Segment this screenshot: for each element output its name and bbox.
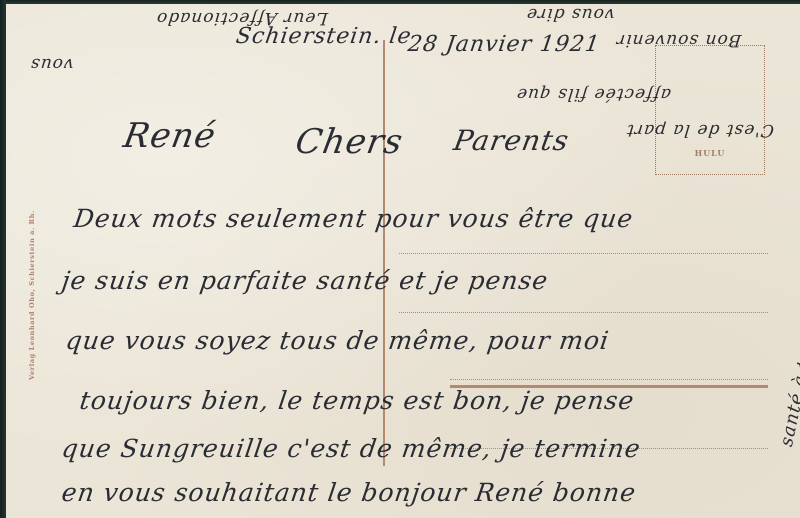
upside-down-text-top-right-1: vous dire: [525, 4, 616, 24]
handwritten-date: 28 Janvier 1921: [406, 32, 602, 57]
body-line-4: toujours bien, le temps est bon, je pens…: [78, 386, 636, 415]
address-line-1: [399, 253, 768, 254]
publisher-imprint: Verlag Leonhard Oho, Schierstein a. Rh.: [28, 210, 36, 380]
body-line-6: en vous souhaitant le bonjour René bonne: [60, 478, 638, 507]
margin-vertical-text: santé à tous: [776, 324, 800, 448]
stamp-box: HULU: [655, 45, 765, 175]
address-line-3: [450, 379, 768, 380]
upside-down-text-top-left-2: vous: [29, 54, 75, 74]
handwritten-parents: Parents: [451, 124, 572, 157]
body-line-5: que Sungreuille c'est de même, je termin…: [60, 434, 643, 463]
stamp-box-label: HULU: [656, 148, 764, 158]
handwritten-salutation: Chers: [292, 122, 406, 162]
upside-down-text-top-right-2: Bon souvenir: [615, 30, 742, 50]
upside-down-text-top-right-4: C'est de la part: [625, 120, 775, 140]
upside-down-text-top-right-3: affectée fils que: [515, 84, 672, 104]
body-line-2: je suis en parfaite santé et je pense: [60, 266, 550, 295]
body-line-3: que vous soyez tous de même, pour moi: [64, 326, 611, 355]
handwritten-name: René: [120, 116, 219, 156]
postcard: HULU Verlag Leonhard Oho, Schierstein a.…: [6, 4, 800, 518]
address-line-2: [399, 312, 768, 313]
upside-down-text-top-left-1: Leur Affectionado: [155, 8, 329, 28]
body-line-1: Deux mots seulement pour vous être que: [72, 204, 635, 233]
